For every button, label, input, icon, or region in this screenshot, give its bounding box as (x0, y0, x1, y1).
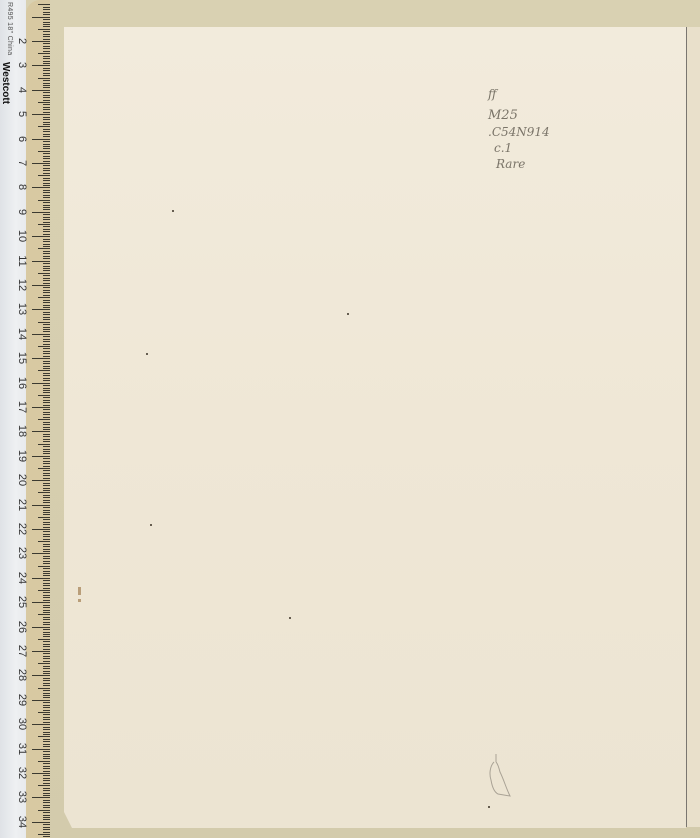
paper-stain (78, 587, 81, 595)
ruler-tick (43, 263, 50, 264)
ruler-tick (43, 409, 50, 410)
ruler-tick (43, 756, 50, 757)
ruler-tick (43, 558, 50, 559)
ruler-tick (43, 595, 50, 596)
ruler-tick (43, 300, 50, 301)
ruler-tick (43, 690, 50, 691)
ruler-tick (43, 807, 50, 808)
ruler-tick (43, 158, 50, 159)
ruler-tick (38, 151, 50, 152)
ruler-number: 5 (16, 107, 28, 121)
paper-speck (150, 524, 152, 526)
ruler-tick (43, 544, 50, 545)
ruler-tick (43, 222, 50, 223)
ruler-tick (43, 495, 50, 496)
ruler-tick (43, 361, 50, 362)
ruler-tick (43, 366, 50, 367)
ruler-tick (43, 136, 50, 137)
ruler-tick (43, 314, 50, 315)
ruler-number: 24 (16, 571, 28, 585)
ruler-tick (43, 22, 50, 23)
ruler-tick (43, 788, 50, 789)
ruler-tick (43, 746, 50, 747)
ruler-tick (32, 724, 50, 725)
ruler-tick (43, 75, 50, 76)
ruler-tick (38, 297, 50, 298)
note-line: M25 (488, 108, 578, 124)
ruler-tick (43, 741, 50, 742)
ruler-tick (43, 48, 50, 49)
ruler-tick (43, 512, 50, 513)
ruler-tick (43, 783, 50, 784)
ruler-tick (43, 790, 50, 791)
ruler-tick (43, 295, 50, 296)
ruler-tick (43, 531, 50, 532)
ruler-tick (43, 412, 50, 413)
ruler-tick (43, 122, 50, 123)
ruler-tick (43, 561, 50, 562)
ruler-tick (32, 651, 50, 652)
ruler-number: 21 (16, 498, 28, 512)
ruler-tick (32, 431, 50, 432)
ruler-tick (43, 727, 50, 728)
ruler-tick (43, 775, 50, 776)
ruler-tick (32, 114, 50, 115)
ruler-number: 32 (16, 766, 28, 780)
ruler-tick (43, 190, 50, 191)
ruler-tick (38, 834, 50, 835)
ruler-tick (43, 156, 50, 157)
ruler-tick (43, 134, 50, 135)
ruler-tick (43, 680, 50, 681)
ruler-tick (43, 661, 50, 662)
ruler-tick (43, 104, 50, 105)
ruler-tick (43, 319, 50, 320)
ruler-white-edge (0, 0, 26, 838)
ruler-tick (43, 549, 50, 550)
ruler-tick (43, 26, 50, 27)
ruler-tick (43, 478, 50, 479)
ruler-tick (43, 83, 50, 84)
ruler-tick (43, 463, 50, 464)
ruler-tick (32, 700, 50, 701)
ruler-tick (43, 705, 50, 706)
ruler-tick (38, 224, 50, 225)
ruler-tick (43, 836, 50, 837)
ruler-tick (43, 449, 50, 450)
ruler-tick (43, 453, 50, 454)
note-line: .C54N914 (488, 124, 578, 140)
ruler-tick (43, 470, 50, 471)
ruler-tick (43, 161, 50, 162)
ruler-tick (43, 490, 50, 491)
ruler-tick (32, 675, 50, 676)
note-line: c.1 (488, 140, 578, 156)
ruler-tick (38, 761, 50, 762)
ruler-number: 3 (16, 58, 28, 72)
ruler-tick (43, 622, 50, 623)
ruler-tick (43, 385, 50, 386)
ruler-number: 23 (16, 546, 28, 560)
ruler-number: 13 (16, 302, 28, 316)
ruler-tick (43, 656, 50, 657)
ruler-tick (43, 92, 50, 93)
note-line: Rare (488, 156, 578, 172)
ruler-tick (43, 605, 50, 606)
ruler-tick (43, 231, 50, 232)
ruler-tick (43, 275, 50, 276)
ruler-tick (43, 19, 50, 20)
ruler-tick (43, 612, 50, 613)
ruler-tick (43, 644, 50, 645)
ruler-tick (43, 31, 50, 32)
ruler-number: 12 (16, 278, 28, 292)
ruler-tick (43, 168, 50, 169)
ruler-number: 26 (16, 620, 28, 634)
ruler-number: 33 (16, 790, 28, 804)
ruler-tick (43, 678, 50, 679)
ruler-tick (43, 632, 50, 633)
ruler-tick (32, 773, 50, 774)
ruler-number: 30 (16, 717, 28, 731)
ruler-tick (43, 685, 50, 686)
ruler-tick (43, 536, 50, 537)
ruler-tick (38, 4, 50, 5)
ruler-tick (43, 390, 50, 391)
ruler-tick (43, 819, 50, 820)
ruler-tick (43, 780, 50, 781)
ruler-tick (38, 53, 50, 54)
ruler-tick (38, 444, 50, 445)
ruler-tick (43, 341, 50, 342)
ruler-tick (43, 827, 50, 828)
ruler-tick (38, 102, 50, 103)
ruler-tick (43, 514, 50, 515)
ruler-number: 18 (16, 424, 28, 438)
ruler-tick (43, 195, 50, 196)
ruler-tick (38, 126, 50, 127)
ruler-tick (43, 824, 50, 825)
ruler-tick (43, 829, 50, 830)
ruler-tick (43, 148, 50, 149)
ruler-tick (43, 483, 50, 484)
ruler-tick (43, 739, 50, 740)
ruler-number: 28 (16, 668, 28, 682)
ruler-tick (43, 434, 50, 435)
ruler-tick (38, 639, 50, 640)
ruler-tick (43, 356, 50, 357)
ruler-tick (32, 163, 50, 164)
ruler-tick (43, 524, 50, 525)
ruler-tick (38, 322, 50, 323)
ruler-tick (43, 588, 50, 589)
ruler-tick (43, 802, 50, 803)
ruler-tick (43, 180, 50, 181)
ruler-tick (43, 329, 50, 330)
ruler-tick (38, 785, 50, 786)
ruler-tick (38, 273, 50, 274)
ruler-tick (43, 458, 50, 459)
ruler-tick (43, 405, 50, 406)
ruler-tick (43, 170, 50, 171)
ruler-tick (43, 336, 50, 337)
ruler-tick (43, 722, 50, 723)
ruler-tick (43, 307, 50, 308)
measuring-ruler: R495 18" China Westcott 2345678910111213… (0, 0, 50, 838)
paper-stain (78, 599, 81, 602)
ruler-tick (43, 441, 50, 442)
ruler-tick (43, 173, 50, 174)
ruler-tick (43, 758, 50, 759)
ruler-tick (43, 666, 50, 667)
ruler-tick (43, 226, 50, 227)
ruler-tick (43, 63, 50, 64)
ruler-tick (43, 331, 50, 332)
paper-speck (289, 617, 291, 619)
ruler-tick (43, 551, 50, 552)
ruler-tick (43, 695, 50, 696)
ruler-number: 10 (16, 229, 28, 243)
ruler-tick (43, 473, 50, 474)
ruler-tick (38, 712, 50, 713)
ruler-tick (43, 363, 50, 364)
ruler-tick (38, 248, 50, 249)
ruler-number: 9 (16, 205, 28, 219)
ruler-tick (32, 553, 50, 554)
ruler-tick (43, 392, 50, 393)
ruler-tick (43, 397, 50, 398)
ruler-tick (38, 663, 50, 664)
ruler-tick (43, 251, 50, 252)
ruler-tick (43, 702, 50, 703)
ruler-tick (43, 192, 50, 193)
ruler-tick (38, 590, 50, 591)
ruler-number: 27 (16, 644, 28, 658)
ruler-tick (43, 439, 50, 440)
ruler-number: 22 (16, 522, 28, 536)
ruler-tick (43, 378, 50, 379)
ruler-tick (43, 219, 50, 220)
ruler-tick (43, 270, 50, 271)
ruler-tick (43, 85, 50, 86)
ruler-tick (43, 488, 50, 489)
ruler-tick (38, 29, 50, 30)
ruler-tick (43, 207, 50, 208)
ruler-tick (43, 253, 50, 254)
ruler-tick (32, 578, 50, 579)
ruler-tick (43, 751, 50, 752)
ruler-number: 19 (16, 449, 28, 463)
ruler-tick (32, 65, 50, 66)
ruler-tick (43, 7, 50, 8)
ruler-tick (32, 17, 50, 18)
ruler-tick (43, 592, 50, 593)
paper-speck (172, 210, 174, 212)
ruler-tick (32, 505, 50, 506)
ruler-tick (43, 14, 50, 15)
ruler-tick (43, 815, 50, 816)
ruler-tick (32, 334, 50, 335)
ruler-tick (43, 61, 50, 62)
ruler-tick (43, 144, 50, 145)
ruler-tick (43, 729, 50, 730)
page-fold-edge (686, 27, 700, 827)
ruler-tick (43, 771, 50, 772)
ruler-tick (43, 244, 50, 245)
ruler-tick (43, 68, 50, 69)
ruler-tick (38, 370, 50, 371)
ruler-tick (38, 200, 50, 201)
ruler-tick (43, 732, 50, 733)
ruler-number: 4 (16, 83, 28, 97)
ruler-tick (43, 290, 50, 291)
ruler-tick (43, 131, 50, 132)
ruler-tick (43, 388, 50, 389)
ruler-tick (43, 522, 50, 523)
paper-speck (146, 353, 148, 355)
ruler-tick (43, 400, 50, 401)
ruler-tick (43, 710, 50, 711)
ruler-tick (43, 153, 50, 154)
ruler-tick (43, 571, 50, 572)
ruler-tick (43, 424, 50, 425)
ruler-tick (43, 653, 50, 654)
ruler-number: 31 (16, 742, 28, 756)
ruler-number: 16 (16, 376, 28, 390)
ruler-tick (43, 766, 50, 767)
ruler-tick (43, 497, 50, 498)
ruler-tick (43, 112, 50, 113)
ruler-tick (43, 636, 50, 637)
ruler-tick (38, 517, 50, 518)
ruler-tick (43, 214, 50, 215)
ruler-tick (43, 707, 50, 708)
ruler-tick (43, 87, 50, 88)
ruler-tick (43, 119, 50, 120)
ruler-tick (43, 353, 50, 354)
ruler-tick (43, 185, 50, 186)
ruler-tick (38, 468, 50, 469)
ruler-tick (43, 24, 50, 25)
call-number-notes: ff M25 .C54N914 c.1 Rare (488, 86, 578, 172)
ruler-number: 6 (16, 132, 28, 146)
ruler-tick (43, 117, 50, 118)
ruler-tick (43, 402, 50, 403)
ruler-tick (43, 146, 50, 147)
ruler-tick (43, 754, 50, 755)
ruler-tick (43, 634, 50, 635)
ruler-tick (32, 529, 50, 530)
ruler-tick (43, 36, 50, 37)
ruler-tick (43, 246, 50, 247)
ruler-tick (43, 649, 50, 650)
ruler-tick (43, 73, 50, 74)
ruler-tick (43, 778, 50, 779)
ruler-tick (43, 239, 50, 240)
ruler-tick (43, 46, 50, 47)
ruler-tick (43, 317, 50, 318)
ruler-tick (43, 619, 50, 620)
ruler-tick (43, 80, 50, 81)
ruler-tick (32, 383, 50, 384)
ruler-tick (43, 573, 50, 574)
ruler-tick (43, 502, 50, 503)
ruler-tick (32, 90, 50, 91)
ruler-tick (43, 312, 50, 313)
ruler-tick (43, 795, 50, 796)
ruler-tick (43, 485, 50, 486)
ruler-tick (43, 141, 50, 142)
ruler-tick (43, 617, 50, 618)
ruler-tick (43, 39, 50, 40)
ruler-tick (43, 719, 50, 720)
ruler-tick (43, 414, 50, 415)
ruler-tick (38, 541, 50, 542)
ruler-tick (43, 805, 50, 806)
paper-speck (347, 313, 349, 315)
ruler-tick (38, 614, 50, 615)
ruler-tick (38, 736, 50, 737)
ruler-tick (32, 358, 50, 359)
ruler-tick (43, 324, 50, 325)
ruler-tick (32, 456, 50, 457)
ruler-tick (38, 78, 50, 79)
ruler-tick (38, 175, 50, 176)
ruler-tick (43, 673, 50, 674)
ruler-tick (43, 344, 50, 345)
ruler-tick (43, 451, 50, 452)
note-line: ff (488, 86, 578, 102)
ruler-tick (43, 100, 50, 101)
document-page: ff M25 .C54N914 c.1 Rare (64, 27, 686, 828)
ruler-tick (43, 610, 50, 611)
ruler-tick (43, 646, 50, 647)
ruler-tick (38, 346, 50, 347)
ruler-number: 7 (16, 156, 28, 170)
ruler-tick (43, 629, 50, 630)
ruler-tick (43, 575, 50, 576)
ruler-tick (32, 749, 50, 750)
ruler-number: 25 (16, 595, 28, 609)
ruler-tick (43, 234, 50, 235)
ruler-tick (43, 380, 50, 381)
ruler-tick (43, 744, 50, 745)
ruler-tick (43, 812, 50, 813)
ruler-tick (43, 107, 50, 108)
ruler-tick (43, 461, 50, 462)
ruler-tick (38, 688, 50, 689)
ruler-tick (32, 187, 50, 188)
ruler-tick (43, 693, 50, 694)
ruler-tick (43, 763, 50, 764)
ruler-tick (43, 9, 50, 10)
ruler-tick (43, 266, 50, 267)
ruler-tick (43, 466, 50, 467)
ruler-tick (43, 280, 50, 281)
ruler-tick (32, 41, 50, 42)
ruler-number: 15 (16, 351, 28, 365)
ruler-tick (43, 197, 50, 198)
ruler-tick (38, 566, 50, 567)
ruler-tick (43, 832, 50, 833)
ruler-tick (32, 236, 50, 237)
ruler-tick (43, 417, 50, 418)
ruler-tick (43, 256, 50, 257)
ruler-tick (43, 70, 50, 71)
ruler-tick (32, 309, 50, 310)
ruler-tick (43, 568, 50, 569)
ruler-tick (43, 436, 50, 437)
